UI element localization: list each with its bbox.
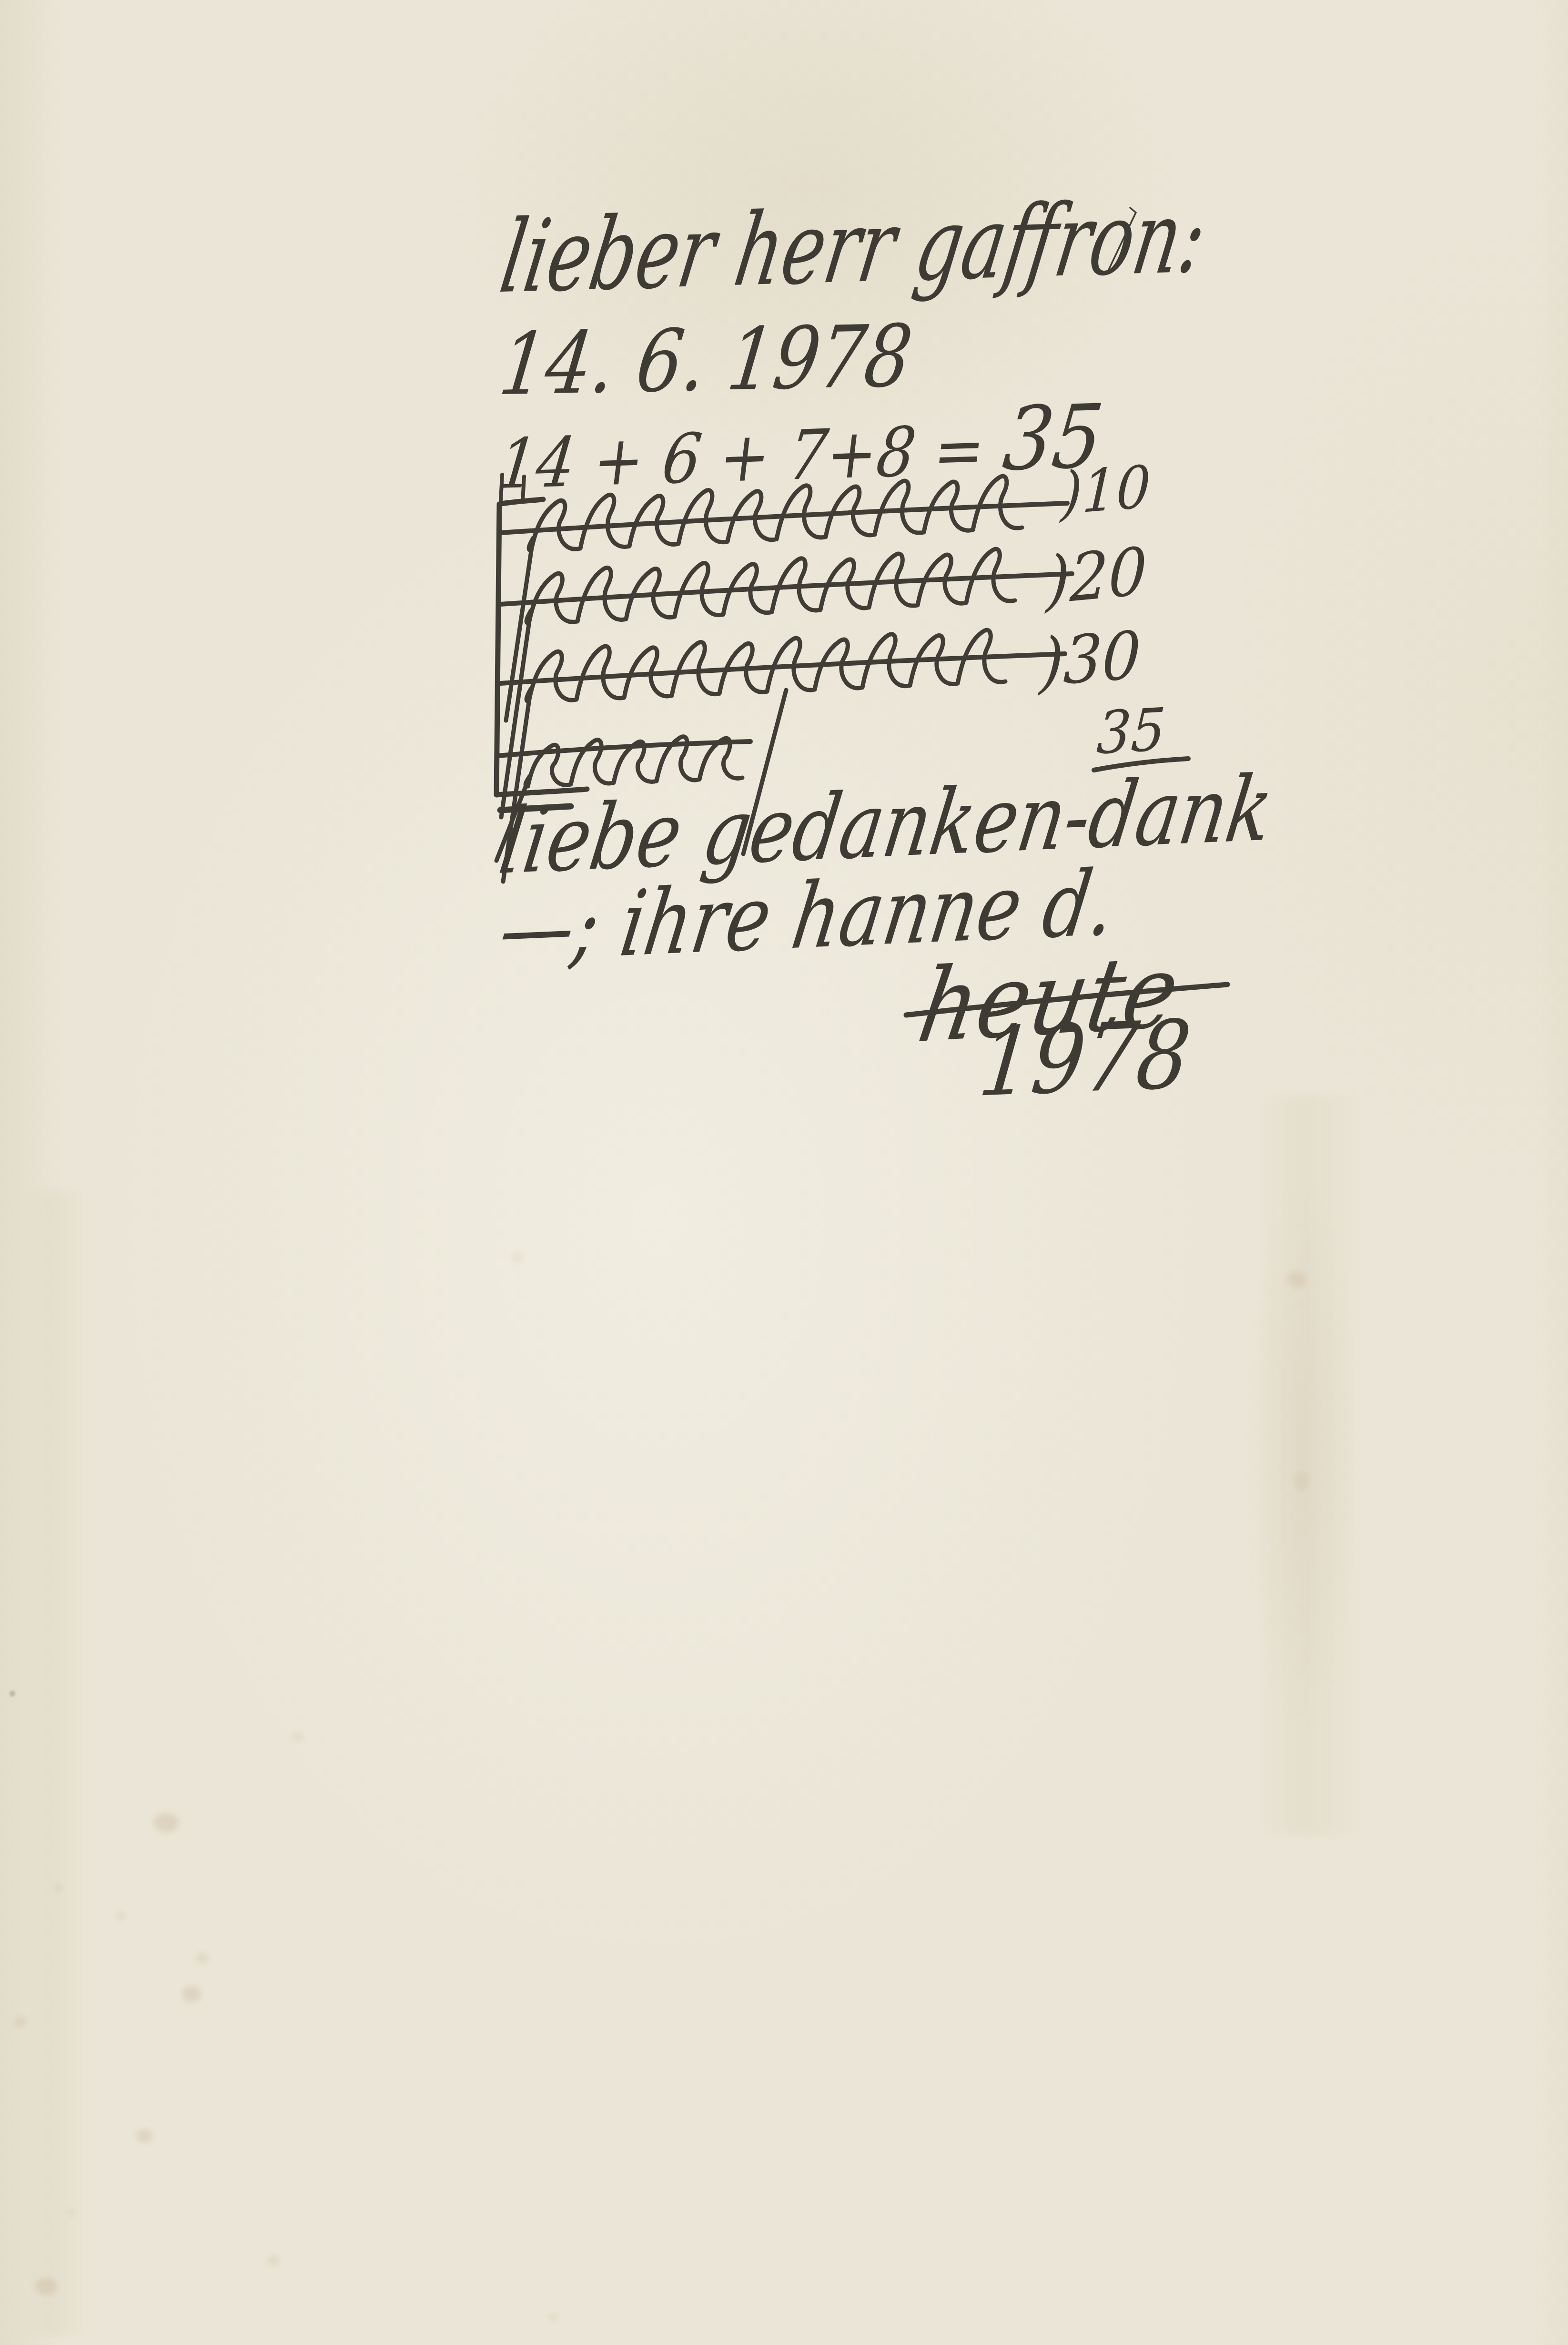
tally-total-label: 35	[1095, 700, 1167, 763]
sum-expression: 14 + 6 + 7+8 =	[494, 410, 989, 504]
tally-strike-line	[500, 503, 1067, 533]
tally-row-label: )10	[1060, 458, 1152, 523]
year-line: 1978	[975, 1007, 1195, 1110]
date-line: 14. 6. 1978	[495, 314, 916, 408]
sum-line: 14 + 6 + 7+8 = 35	[495, 393, 1107, 499]
handwritten-note-page: lieber herr gaffron: 14. 6. 1978 14 + 6 …	[0, 0, 1568, 2345]
salutation-line: lieber herr gaffron:	[495, 187, 1213, 308]
tally-row-label: )20	[1045, 538, 1147, 614]
tally-row-label: )30	[1039, 622, 1142, 696]
